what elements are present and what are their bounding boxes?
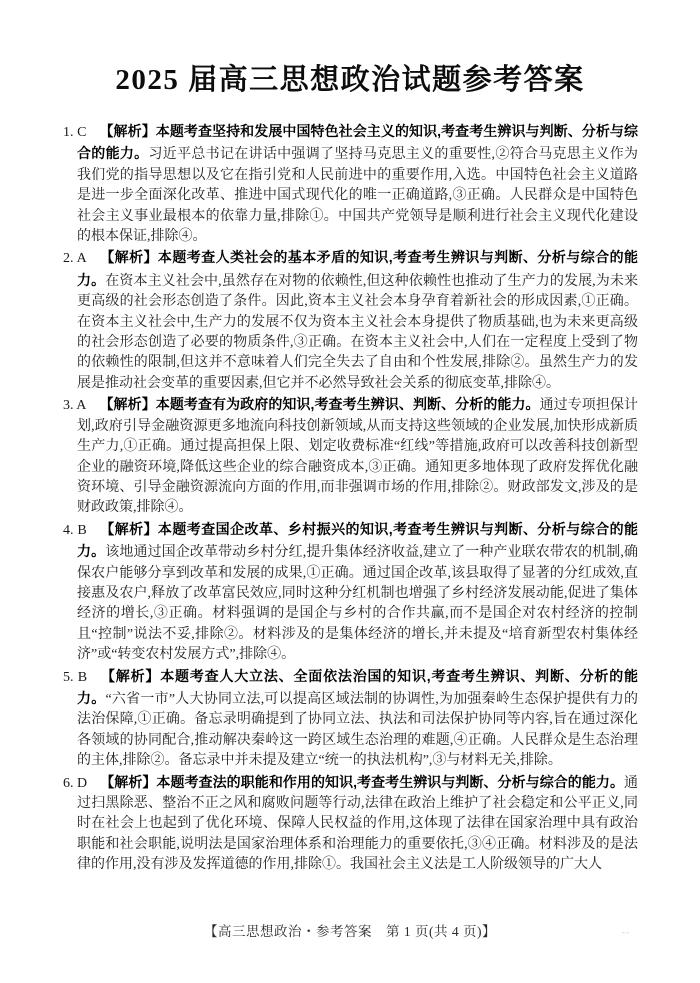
answer-label: 3. A bbox=[63, 398, 86, 413]
answer-item-4: 4. B【解析】本题考查国企改革、乡村振兴的知识,考查考生辨识与判断、分析与综合… bbox=[63, 519, 638, 666]
answer-analysis-heading: 【解析】本题考查有为政府的知识,考查考生辨识、判断、分析的能力。 bbox=[99, 396, 539, 412]
answer-explanation-text: 在资本主义社会中,虽然存在对物的依赖性,但这种依赖性也推动了生产力的发展,为未来… bbox=[77, 274, 638, 391]
answer-item-1: 1. C【解析】本题考查坚持和发展中国特色社会主义的知识,考查考生辨识与判断、分… bbox=[63, 121, 638, 247]
page-footer: 【高三思想政治・参考答案 第 1 页(共 4 页)】 bbox=[0, 920, 700, 940]
page-title: 2025 届高三思想政治试题参考答案 bbox=[0, 0, 700, 100]
exam-answer-sheet-page: 2025 届高三思想政治试题参考答案 1. C【解析】本题考查坚持和发展中国特色… bbox=[0, 0, 700, 983]
answer-explanation-text: 习近平总书记在讲话中强调了坚持马克思主义的重要性,②符合马克思主义作为我们党的指… bbox=[77, 147, 638, 244]
answer-analysis-heading: 【解析】本题考查法的职能和作用的知识,考查考生辨识与判断、分析与综合的能力。 bbox=[100, 774, 624, 790]
answer-label: 4. B bbox=[63, 523, 87, 538]
answer-list: 1. C【解析】本题考查坚持和发展中国特色社会主义的知识,考查考生辨识与判断、分… bbox=[63, 121, 638, 876]
answer-item-2: 2. A【解析】本题考查人类社会的基本矛盾的知识,考查考生辨识与判断、分析与综合… bbox=[63, 247, 638, 394]
answer-item-3: 3. A【解析】本题考查有为政府的知识,考查考生辨识、判断、分析的能力。通过专项… bbox=[63, 394, 638, 518]
answer-item-5: 5. B【解析】本题考查人大立法、全面依法治国的知识,考查考生辨识、判断、分析的… bbox=[63, 666, 638, 772]
answer-explanation-text: 通过扫黑除恶、整治不正之风和腐败问题等行动,法律在政治上维护了社会稳定和公平正义… bbox=[77, 776, 638, 873]
scan-artifact-mark: -- bbox=[622, 927, 630, 937]
answer-explanation-text: 该地通过国企改革带动乡村分红,提升集体经济收益,建立了一种产业联农带农的机制,确… bbox=[77, 545, 638, 662]
answer-label: 2. A bbox=[63, 251, 87, 266]
answer-label: 1. C bbox=[63, 125, 86, 140]
answer-explanation-text: 通过专项担保计划,政府引导金融资源更多地流向科技创新领域,从而支持这些领域的企业… bbox=[77, 398, 638, 515]
answer-label: 6. D bbox=[63, 776, 87, 791]
answer-label: 5. B bbox=[63, 670, 87, 685]
answer-item-6: 6. D【解析】本题考查法的职能和作用的知识,考查考生辨识与判断、分析与综合的能… bbox=[63, 772, 638, 876]
answer-explanation-text: “六省一市”人大协同立法,可以提高区域法制的协调性,为加强秦岭生态保护提供有力的… bbox=[77, 692, 638, 768]
